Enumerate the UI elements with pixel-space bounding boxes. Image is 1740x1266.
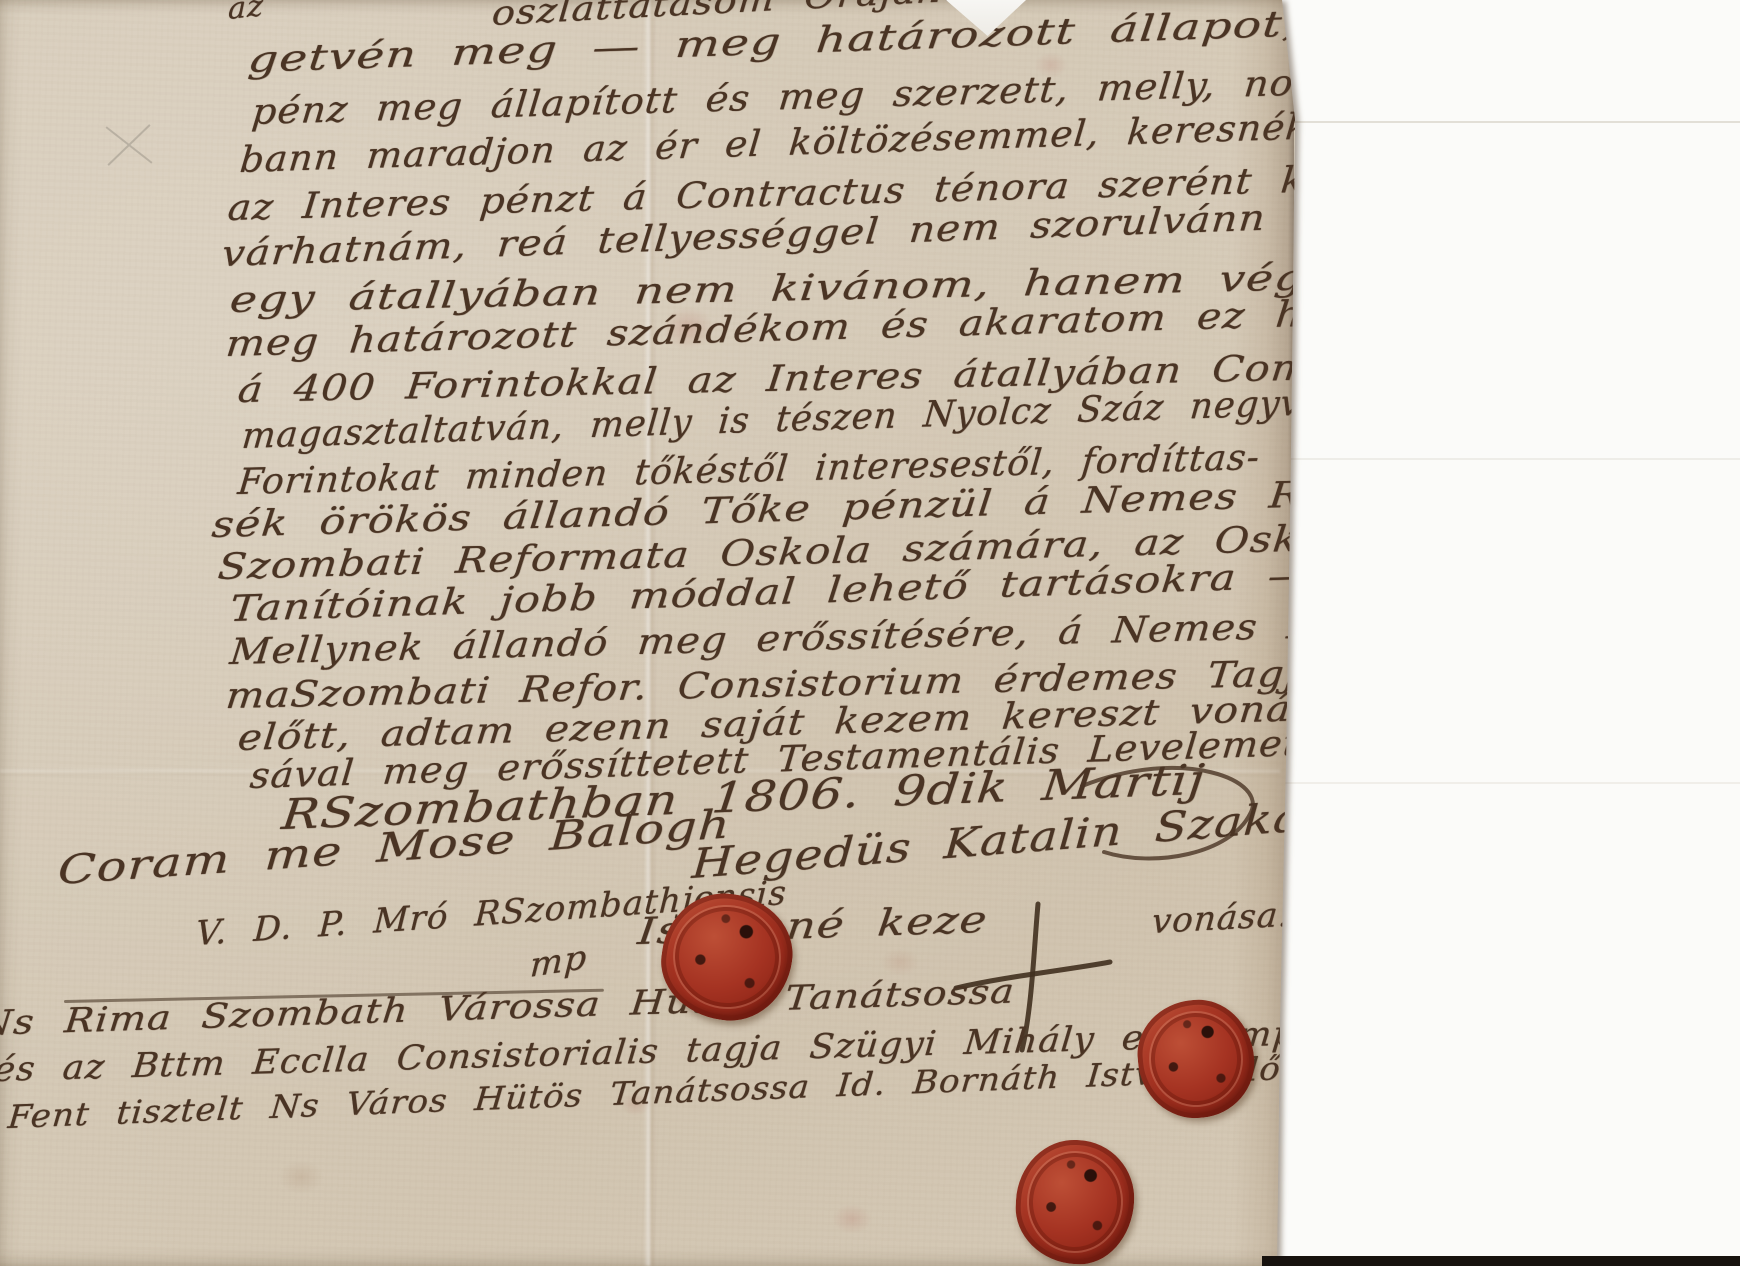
wax-seal (1013, 1137, 1137, 1266)
foxing-stain (278, 1160, 324, 1194)
foxing-stain (880, 948, 920, 976)
pencil-mark (100, 116, 158, 172)
scanner-edge-strip (1262, 1256, 1740, 1266)
scanned-manuscript-page: az oszlattatásom Órájához, getvén meg — … (0, 0, 1740, 1266)
paper-sheet: az oszlattatásom Órájához, getvén meg — … (0, 0, 1740, 1266)
testator-signature-hand-end: vonása. (1150, 895, 1292, 942)
paper-sheet-wrap: az oszlattatásom Órájához, getvén meg — … (0, 0, 1740, 1266)
foxing-stain (832, 1204, 872, 1234)
manu-propria-mark: mp (529, 937, 588, 985)
handwritten-fragment: az (228, 0, 265, 27)
